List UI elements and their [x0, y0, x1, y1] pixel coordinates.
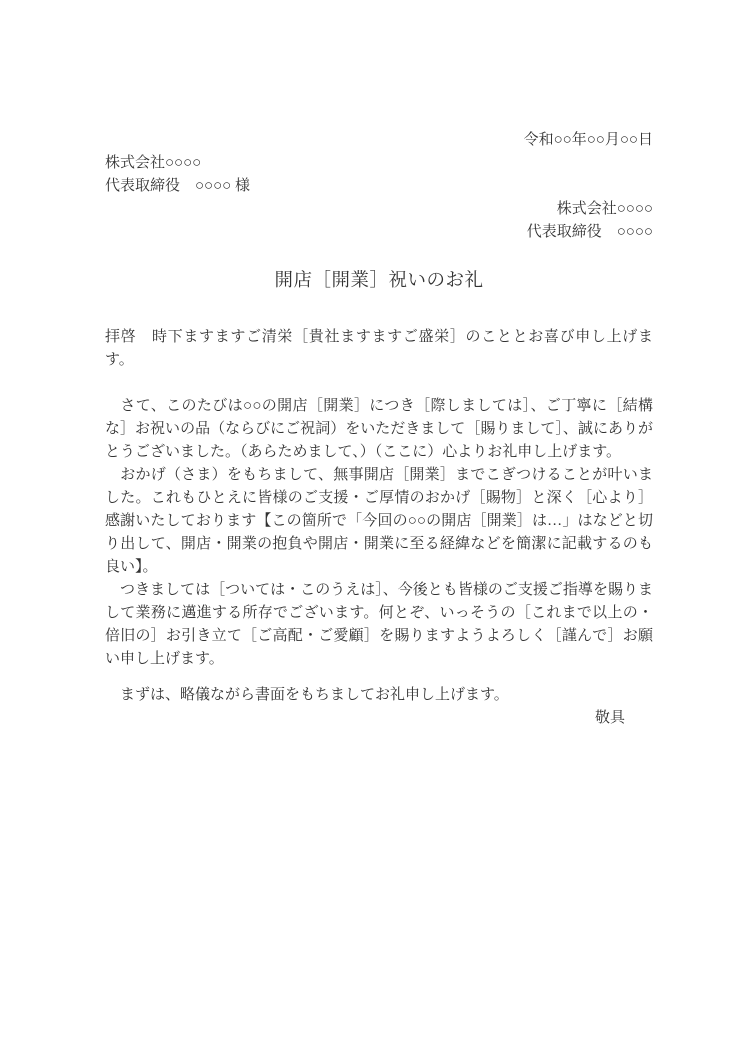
blank-line — [105, 372, 653, 395]
letter-date: 令和○○年○○月○○日 — [105, 129, 653, 152]
letter-title: 開店［開業］祝いのお礼 — [105, 268, 653, 294]
closing-paragraph: まずは、略儀ながら書面をもちましてお礼申し上げます。 — [105, 684, 653, 707]
salutation-paragraph: 拝啓 時下ますますご清栄［貴社ますますご盛栄］のこととお喜び申し上げます。 — [105, 326, 653, 372]
letter-document: 令和○○年○○月○○日 株式会社○○○○ 代表取締役 ○○○○ 様 株式会社○○… — [0, 0, 745, 1053]
body-paragraph-3: つきましては［ついては・このうえは］、今後とも皆様のご支援ご指導を賜りまして業務… — [105, 579, 653, 671]
sender-person: 代表取締役 ○○○○ — [105, 221, 653, 244]
recipient-person: 代表取締役 ○○○○ 様 — [105, 175, 653, 198]
sender-company: 株式会社○○○○ — [105, 198, 653, 221]
recipient-company: 株式会社○○○○ — [105, 152, 653, 175]
closing-word: 敬具 — [105, 707, 653, 730]
body-paragraph-2: おかげ（さま）をもちまして、無事開店［開業］までこぎつけることが叶いました。これ… — [105, 464, 653, 579]
body-paragraph-1: さて、このたびは○○の開店［開業］につき［際しましては］、ご丁寧に［結構な］お祝… — [105, 395, 653, 464]
